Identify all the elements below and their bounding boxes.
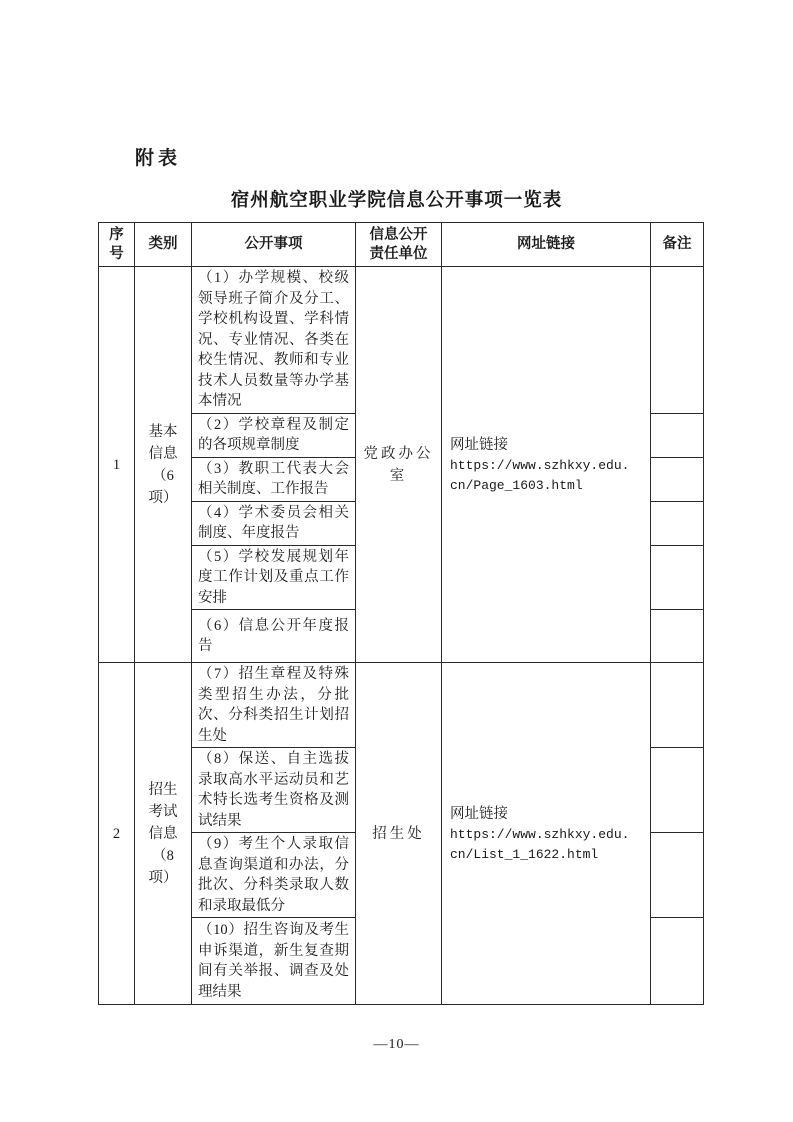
link-cell: 网址链接 https://www.szhkxy.edu.cn/Page_1603…: [442, 267, 651, 663]
remark-cell: [651, 267, 704, 414]
header-index: 序号: [99, 223, 135, 267]
link-url: https://www.szhkxy.edu.cn/List_1_1622.ht…: [450, 825, 636, 865]
info-disclosure-table: 序号 类别 公开事项 信息公开责任单位 网址链接 备注 1 基本信息（6项） （…: [98, 222, 704, 1005]
header-category: 类别: [135, 223, 192, 267]
item-cell: （2）学校章程及制定的各项规章制度: [192, 413, 356, 457]
page-number: —10—: [0, 1037, 793, 1053]
item-cell: （1）办学规模、校级领导班子简介及分工、学校机构设置、学科情况、专业情况、各类在…: [192, 267, 356, 414]
remark-cell: [651, 663, 704, 748]
remark-cell: [651, 457, 704, 501]
header-remark: 备注: [651, 223, 704, 267]
remark-cell: [651, 610, 704, 663]
link-cell: 网址链接 https://www.szhkxy.edu.cn/List_1_16…: [442, 663, 651, 1005]
item-cell: （5）学校发展规划年度工作计划及重点工作安排: [192, 545, 356, 610]
index-cell: 2: [99, 663, 135, 1005]
link-url: https://www.szhkxy.edu.cn/Page_1603.html: [450, 456, 636, 496]
item-cell: （4）学术委员会相关制度、年度报告: [192, 501, 356, 545]
remark-cell: [651, 748, 704, 833]
index-cell: 1: [99, 267, 135, 663]
item-cell: （9）考生个人录取信息查询渠道和办法，分批次、分科类录取人数和录取最低分: [192, 833, 356, 918]
item-cell: （3）教职工代表大会相关制度、工作报告: [192, 457, 356, 501]
table-header-row: 序号 类别 公开事项 信息公开责任单位 网址链接 备注: [99, 223, 704, 267]
item-cell: （8）保送、自主选拔录取高水平运动员和艺术特长选考生资格及测试结果: [192, 748, 356, 833]
document-page: 附表 宿州航空职业学院信息公开事项一览表 序号 类别 公开事项 信息公开责任单位…: [0, 0, 793, 1122]
remark-cell: [651, 545, 704, 610]
category-cell: 基本信息（6项）: [135, 267, 192, 663]
item-cell: （7）招生章程及特殊类型招生办法，分批次、分科类招生计划招生处: [192, 663, 356, 748]
page-title: 宿州航空职业学院信息公开事项一览表: [0, 186, 793, 212]
link-label: 网址链接: [450, 434, 636, 456]
unit-cell: 党政办公室: [356, 267, 442, 663]
remark-cell: [651, 918, 704, 1005]
remark-cell: [651, 413, 704, 457]
remark-cell: [651, 501, 704, 545]
appendix-label: 附表: [135, 143, 181, 170]
category-cell: 招生考试信息（8项）: [135, 663, 192, 1005]
link-label: 网址链接: [450, 803, 636, 825]
table-row: 1 基本信息（6项） （1）办学规模、校级领导班子简介及分工、学校机构设置、学科…: [99, 267, 704, 414]
header-link: 网址链接: [442, 223, 651, 267]
item-cell: （6）信息公开年度报告: [192, 610, 356, 663]
header-item: 公开事项: [192, 223, 356, 267]
remark-cell: [651, 833, 704, 918]
unit-cell: 招生处: [356, 663, 442, 1005]
item-cell: （10）招生咨询及考生申诉渠道，新生复查期间有关举报、调查及处理结果: [192, 918, 356, 1005]
header-unit: 信息公开责任单位: [356, 223, 442, 267]
table-row: 2 招生考试信息（8项） （7）招生章程及特殊类型招生办法，分批次、分科类招生计…: [99, 663, 704, 748]
